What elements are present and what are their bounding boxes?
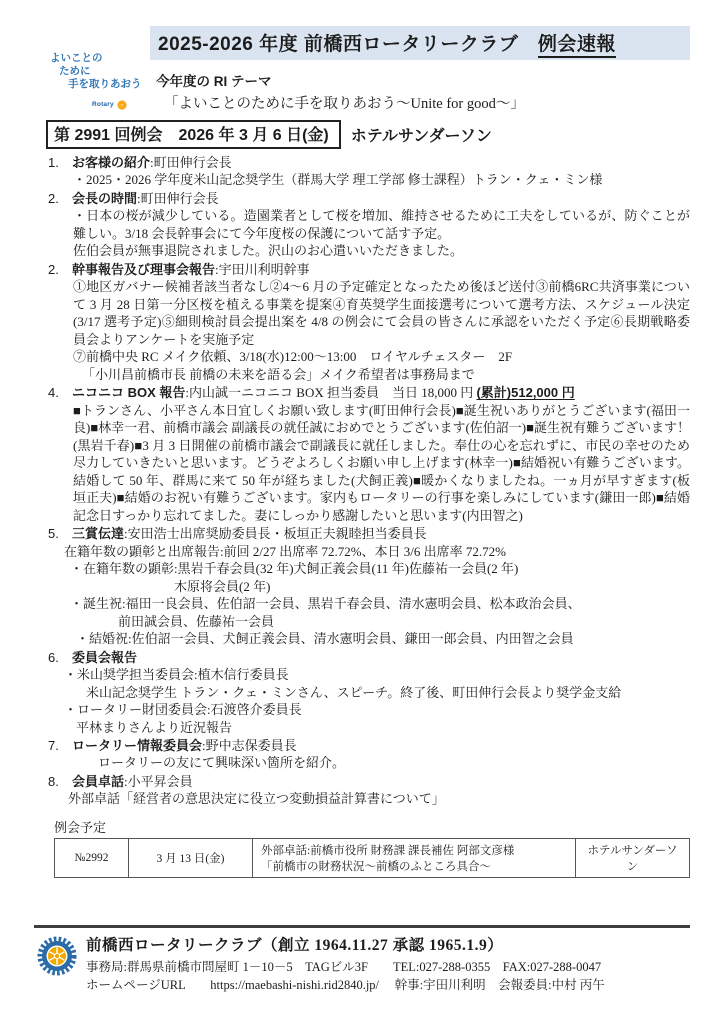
section-heading-text: 三賞伝達 <box>72 526 124 541</box>
ri-theme-label: 今年度の RI テーマ <box>156 70 690 90</box>
section-line: 前田誠会員、佐藤祐一会員 <box>118 613 690 630</box>
section-line: ■トランさん、小平さん本日宜しくお願い致します(町田伸行会長)■誕生祝いありがと… <box>73 402 690 524</box>
schedule-label: 例会予定 <box>54 817 690 836</box>
section-line: 在籍年数の顕彰と出席報告:前回 2/27 出席率 72.72%、本日 3/6 出… <box>64 543 690 560</box>
schedule: 例会予定 №2992 3 月 13 日(金) 外部卓話:前橋市役所 財務課 課長… <box>46 817 690 878</box>
section-heading-text: 幹事報告及び理事会報告 <box>72 262 215 277</box>
header: よいことの ために 手を取りあおう Rotary 2025-2026 年度 前橋… <box>46 26 690 113</box>
section-heading: 6.委員会報告 <box>46 649 690 666</box>
footer-office-line: 事務局:群馬県前橋市問屋町 1－10－5 TAGビル3F TEL:027-288… <box>86 958 605 976</box>
section: 1.お客様の紹介:町田伸行会長・2025・2026 学年度米山記念奨学生（群馬大… <box>46 154 690 189</box>
section-line: ・日本の桜が減少している。造園業者として桜を増加、維持させるために工夫をしている… <box>73 207 690 242</box>
section-number: 7. <box>48 737 72 754</box>
section-heading: 2.幹事報告及び理事会報告:宇田川利明幹事 <box>46 261 690 278</box>
ri-theme-logo-line2: ために <box>59 65 150 78</box>
section-heading: 2.会長の時間:町田伸行会長 <box>46 190 690 207</box>
bulletin-page: よいことの ために 手を取りあおう Rotary 2025-2026 年度 前橋… <box>0 0 724 1024</box>
title-text: 2025-2026 年度 前橋西ロータリークラブ <box>158 34 538 55</box>
section-number: 4. <box>48 384 72 401</box>
rotary-brand: Rotary <box>92 100 150 110</box>
section-line: ・在籍年数の顕彰:黒岩千春会員(32 年)犬飼正義会員(11 年)佐藤祐一会員(… <box>70 560 690 577</box>
section: 5.三賞伝達:安田浩士出席奨励委員長・板垣正夫親睦担当委員長在籍年数の顕彰と出席… <box>46 525 690 647</box>
section-line: ・ロータリー財団委員会:石渡啓介委員長 <box>64 701 690 718</box>
schedule-program: 外部卓話:前橋市役所 財務課 課長補佐 阿部文彦様 「前橋市の財務状況～前橋のふ… <box>253 838 576 877</box>
section-heading-text: :安田浩士出席奨励委員長・板垣正夫親睦担当委員長 <box>124 526 427 541</box>
section-heading: 8.会員卓話:小平昇会員 <box>46 773 690 790</box>
section-heading-text: (累計)512,000 円 <box>476 385 574 400</box>
schedule-no: №2992 <box>55 838 129 877</box>
section-heading-text: 委員会報告 <box>72 650 137 665</box>
ri-theme-logo: よいことの ために 手を取りあおう Rotary <box>50 52 150 110</box>
section: 7.ロータリー情報委員会:野中志保委員長ロータリーの友にて興味深い箇所を紹介。 <box>46 737 690 772</box>
section-heading-text: :町田伸行会長 <box>137 191 219 206</box>
section-line: ・米山奨学担当委員会:植木信行委員長 <box>64 666 690 683</box>
section-heading: 7.ロータリー情報委員会:野中志保委員長 <box>46 737 690 754</box>
section-heading-text: お客様の紹介 <box>72 155 150 170</box>
section-line: ⑦前橋中央 RC メイク依頼、3/18(水)12:00～13:00 ロイヤルチェ… <box>73 348 690 365</box>
meeting-number-box: 第 2991 回例会 2026 年 3 月 6 日(金) <box>46 120 341 149</box>
section-line: 平林まりさんより近況報告 <box>76 719 690 736</box>
ri-theme-logo-line1: よいことの <box>50 52 150 65</box>
section-line: 佐伯会員が無事退院されました。沢山のお心遣いいただきました。 <box>73 242 690 259</box>
schedule-table: №2992 3 月 13 日(金) 外部卓話:前橋市役所 財務課 課長補佐 阿部… <box>54 838 690 878</box>
ri-theme-logo-line3: 手を取りあおう <box>68 78 150 91</box>
section-line: ①地区ガバナー候補者該当者なし②4～6 月の予定確定となったため後ほど送付③前橋… <box>73 278 690 348</box>
meeting-venue: ホテルサンダーソン <box>351 123 492 146</box>
table-row: №2992 3 月 13 日(金) 外部卓話:前橋市役所 財務課 課長補佐 阿部… <box>55 838 690 877</box>
section-line: 外部卓話「経営者の意思決定に役立つ変動損益計算書について」 <box>68 790 690 807</box>
section-number: 6. <box>48 649 72 666</box>
section-line: ロータリーの友にて興味深い箇所を紹介。 <box>98 754 690 771</box>
section-line: ・結婚祝:佐伯詔一会員、犬飼正義会員、清水憲明会員、鎌田一郎会員、内田智之会員 <box>76 630 690 647</box>
section-heading-text: 会長の時間 <box>72 191 137 206</box>
footer-text: 前橋西ロータリークラブ（創立 1964.11.27 承認 1965.1.9） 事… <box>86 935 605 994</box>
section-heading-text: ロータリー情報委員会 <box>72 738 202 753</box>
section: 2.幹事報告及び理事会報告:宇田川利明幹事①地区ガバナー候補者該当者なし②4～6… <box>46 261 690 383</box>
footer-club-name: 前橋西ロータリークラブ（創立 1964.11.27 承認 1965.1.9） <box>86 935 605 957</box>
rotary-wheel-icon <box>36 935 78 977</box>
section-line: 米山記念奨学生 トラン・クェ・ミンさん、スピーチ。終了後、町田伸行会長より奨学金… <box>86 684 690 701</box>
schedule-program-line1: 外部卓話:前橋市役所 財務課 課長補佐 阿部文彦様 <box>261 842 567 858</box>
section: 4.ニコニコ BOX 報告:内山誠一ニコニコ BOX 担当委員 当日 18,00… <box>46 384 690 524</box>
section: 2.会長の時間:町田伸行会長・日本の桜が減少している。造園業者として桜を増加、維… <box>46 190 690 260</box>
section-number: 1. <box>48 154 72 171</box>
section-heading-text: :宇田川利明幹事 <box>215 262 310 277</box>
sections: 1.お客様の紹介:町田伸行会長・2025・2026 学年度米山記念奨学生（群馬大… <box>46 154 690 809</box>
schedule-date: 3 月 13 日(金) <box>129 838 253 877</box>
section-number: 2. <box>48 190 72 207</box>
section-line: 「小川昌前橋市長 前橋の未来を語る会」メイク希望者は事務局まで <box>82 366 690 383</box>
section-line: ・2025・2026 学年度米山記念奨学生（群馬大学 理工学部 修士課程）トラン… <box>73 171 690 188</box>
section-heading-text: :内山誠一ニコニコ BOX 担当委員 当日 18,000 円 <box>185 385 476 400</box>
section-heading-text: :町田伸行会長 <box>150 155 232 170</box>
rotary-mini-wheel-icon <box>117 100 127 110</box>
schedule-program-line2: 「前橋市の財務状況～前橋のふところ具合～ <box>261 858 567 874</box>
section-heading: 5.三賞伝達:安田浩士出席奨励委員長・板垣正夫親睦担当委員長 <box>46 525 690 542</box>
section-heading: 1.お客様の紹介:町田伸行会長 <box>46 154 690 171</box>
section-number: 2. <box>48 261 72 278</box>
section-heading-text: :小平昇会員 <box>124 774 193 789</box>
section: 8.会員卓話:小平昇会員外部卓話「経営者の意思決定に役立つ変動損益計算書について… <box>46 773 690 808</box>
title-text-underlined: 例会速報 <box>538 34 616 58</box>
section-line: 木原将会員(2 年) <box>174 578 690 595</box>
section-heading-text: ニコニコ BOX 報告 <box>72 385 185 400</box>
section-number: 8. <box>48 773 72 790</box>
footer-url-line: ホームページURL https://maebashi-nishi.rid2840… <box>86 976 605 994</box>
section-heading: 4.ニコニコ BOX 報告:内山誠一ニコニコ BOX 担当委員 当日 18,00… <box>46 384 690 401</box>
section-number: 5. <box>48 525 72 542</box>
title-band: 2025-2026 年度 前橋西ロータリークラブ 例会速報 <box>150 26 690 60</box>
meeting-header: 第 2991 回例会 2026 年 3 月 6 日(金) ホテルサンダーソン <box>46 120 690 149</box>
section-line: ・誕生祝:福田一良会員、佐伯詔一会員、黒岩千春会員、清水憲明会員、松本政治会員、 <box>70 595 690 612</box>
schedule-venue: ホテルサンダーソン <box>576 838 690 877</box>
rotary-wordmark: Rotary <box>92 101 114 109</box>
section-heading-text: 会員卓話 <box>72 774 124 789</box>
ri-theme-quote: 「よいことのために手を取りあおう～Unite for good～」 <box>164 92 690 113</box>
footer: 前橋西ロータリークラブ（創立 1964.11.27 承認 1965.1.9） 事… <box>34 925 690 994</box>
section-heading-text: :野中志保委員長 <box>202 738 297 753</box>
section: 6.委員会報告・米山奨学担当委員会:植木信行委員長米山記念奨学生 トラン・クェ・… <box>46 649 690 736</box>
